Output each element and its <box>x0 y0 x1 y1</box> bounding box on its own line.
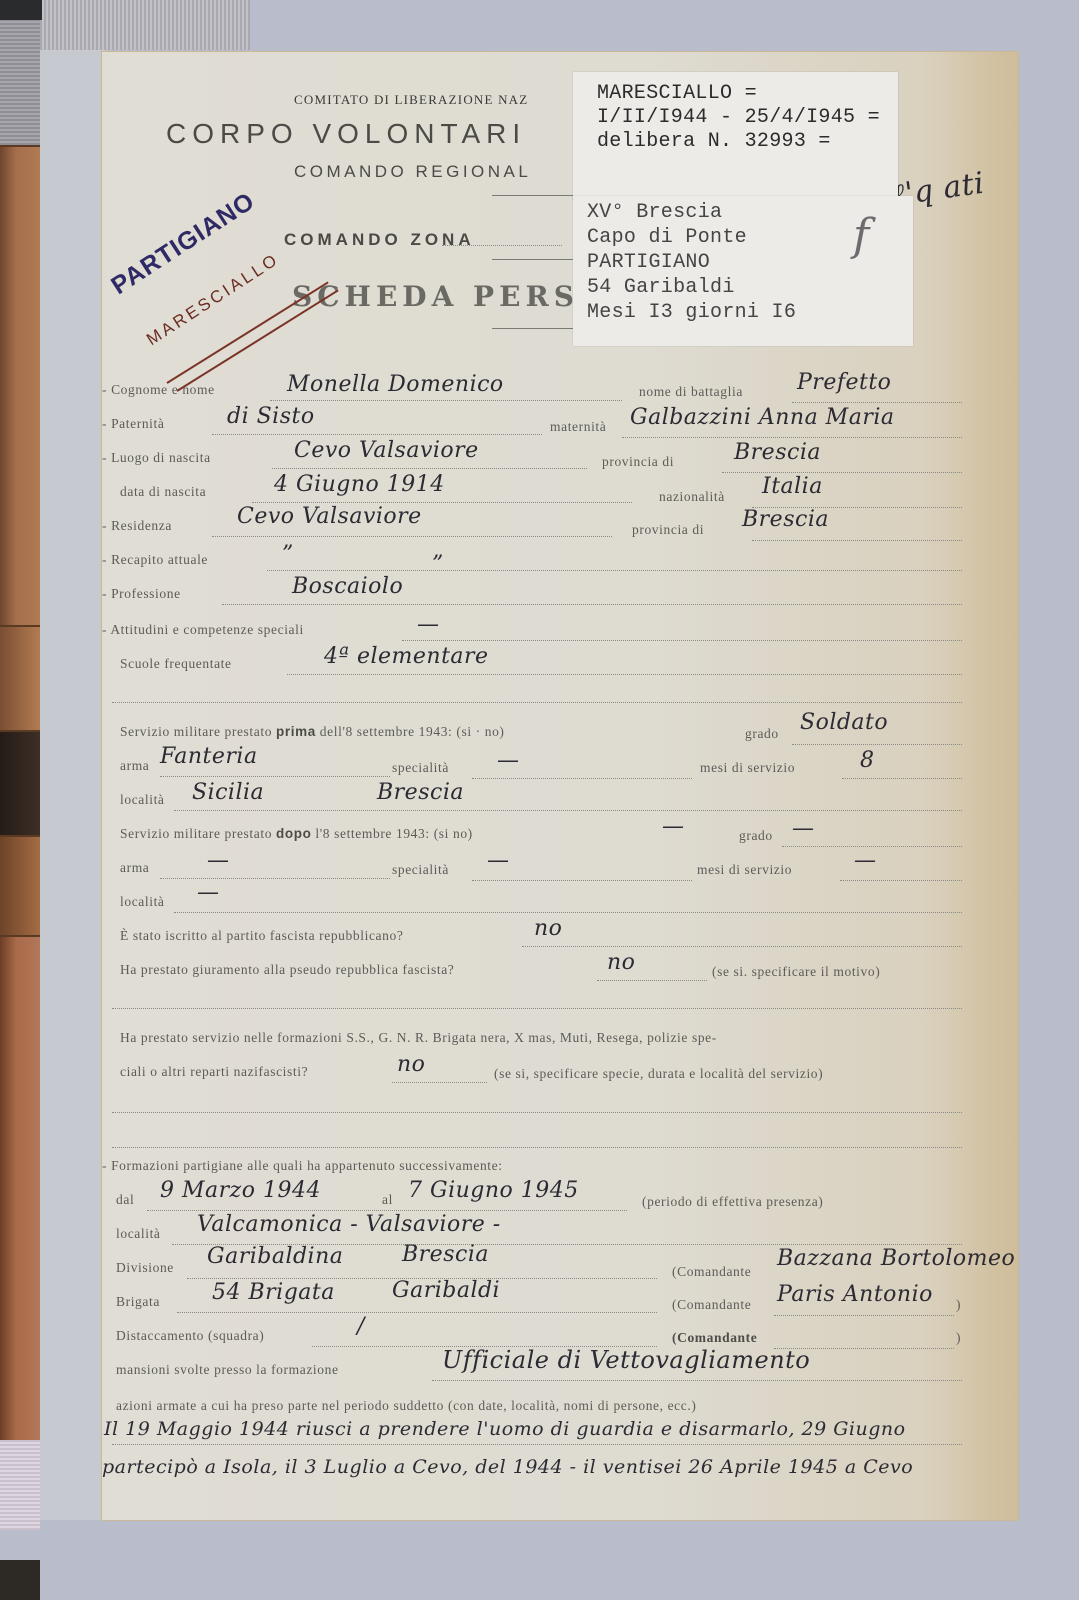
value-attitudini: — <box>417 612 440 637</box>
field-line <box>112 1112 962 1113</box>
label-mesi-dopo: mesi di servizio <box>697 862 792 878</box>
field-line <box>432 1380 962 1381</box>
label-distaccamento: Distaccamento (squadra) <box>116 1328 264 1344</box>
value-arma-prima: Fanteria <box>160 744 258 769</box>
field-line <box>840 880 962 881</box>
value-localita-prima-2: Brescia <box>377 780 464 805</box>
value-provincia-residenza: Brescia <box>742 507 829 532</box>
label-servizio-dopo: Servizio militare prestato dopo l'8 sett… <box>120 826 473 842</box>
binder-spine <box>0 145 40 625</box>
value-mansioni: Ufficiale di Vettovagliamento <box>442 1346 810 1374</box>
header-comando-zona: COMANDO ZONA <box>284 230 475 250</box>
label-comandante-divisione: (Comandante <box>672 1264 751 1280</box>
value-localita-dopo: — <box>197 880 220 905</box>
header-comando-regionale: COMANDO REGIONAL <box>294 162 531 182</box>
note-periodo: (periodo di effettiva presenza) <box>642 1194 823 1210</box>
label-comandante-brigata: (Comandante <box>672 1297 751 1313</box>
label-provincia-nascita: provincia di <box>602 454 674 470</box>
label-mesi-prima: mesi di servizio <box>700 760 795 776</box>
field-line <box>792 744 962 745</box>
value-maternita: Galbazzini Anna Maria <box>630 405 895 430</box>
value-localita-prima: Sicilia <box>192 780 264 805</box>
value-residenza: Cevo Valsaviore <box>237 504 422 529</box>
value-distaccamento: / <box>357 1314 365 1339</box>
value-mesi-prima: 8 <box>860 748 875 773</box>
label-azioni: azioni armate a cui ha preso parte nel p… <box>116 1398 696 1414</box>
field-line <box>522 946 962 947</box>
binder-edge <box>0 1560 40 1600</box>
typed-line: MARESCIALLO = <box>597 82 898 106</box>
label-localita-formazione: località <box>116 1226 161 1242</box>
field-line <box>392 1082 487 1083</box>
label-luogo-nascita: - Luogo di nascita <box>102 450 211 466</box>
binder-spine <box>0 935 40 1440</box>
archival-ribbon-bottom <box>0 1440 40 1530</box>
label-cognome-nome: - Cognome e nome <box>102 382 215 398</box>
question-formazioni-ss-2: ciali o altri reparti nazifascisti? <box>120 1064 308 1080</box>
label-localita-dopo: località <box>120 894 165 910</box>
field-line <box>112 702 962 703</box>
label-specialita-prima: specialità <box>392 760 449 776</box>
field-line <box>147 1210 627 1211</box>
value-comandante-brigata: Paris Antonio <box>777 1282 933 1307</box>
label-formazioni: - Formazioni partigiane alle quali ha ap… <box>102 1158 503 1174</box>
binder-spine <box>0 835 40 935</box>
zona-field <box>442 245 562 246</box>
field-line <box>597 980 707 981</box>
label-al: al <box>382 1192 393 1208</box>
field-line <box>472 880 692 881</box>
field-line <box>222 604 962 605</box>
field-line <box>782 846 962 847</box>
typed-label-brigata: XV° Brescia Capo di Ponte PARTIGIANO 54 … <box>573 196 913 346</box>
field-line <box>212 434 542 435</box>
label-localita-prima: località <box>120 792 165 808</box>
field-line <box>402 640 962 641</box>
header-rule <box>492 195 582 196</box>
field-line <box>160 878 390 879</box>
field-line <box>792 402 962 403</box>
label-arma-prima: arma <box>120 758 149 774</box>
value-al: 7 Giugno 1945 <box>408 1178 579 1203</box>
field-line <box>112 1008 962 1009</box>
label-nazionalita: nazionalità <box>659 489 725 505</box>
value-dal: 9 Marzo 1944 <box>160 1178 321 1203</box>
label-brigata: Brigata <box>116 1294 160 1310</box>
value-divisione-2: Brescia <box>402 1242 489 1267</box>
field-line <box>160 776 390 777</box>
header-rule <box>492 328 582 329</box>
field-line <box>622 437 962 438</box>
field-line <box>112 1444 962 1445</box>
value-data-nascita: 4 Giugno 1914 <box>274 472 445 497</box>
value-divisione: Garibaldina <box>207 1244 343 1269</box>
label-arma-dopo: arma <box>120 860 149 876</box>
label-dal: dal <box>116 1192 134 1208</box>
label-maternita: maternità <box>550 419 606 435</box>
binder-spine <box>0 730 40 835</box>
value-professione: Boscaiolo <box>292 574 403 599</box>
value-scuole: 4ª elementare <box>324 644 489 669</box>
value-specialita-prima: — <box>497 748 520 773</box>
header-comitato: COMITATO DI LIBERAZIONE NAZ <box>294 92 528 108</box>
value-provincia-nascita: Brescia <box>734 440 821 465</box>
field-line <box>472 778 692 779</box>
field-line <box>272 468 587 469</box>
value-recapito: ” <box>282 542 294 567</box>
paren-close: ) <box>956 1297 961 1313</box>
label-servizio-prima: Servizio militare prestato prima dell'8 … <box>120 724 505 740</box>
value-mesi-dopo: — <box>854 848 877 873</box>
typed-line: 54 Garibaldi <box>587 275 913 300</box>
question-giuramento: Ha prestato giuramento alla pseudo repub… <box>120 962 454 978</box>
label-grado-dopo: grado <box>739 828 773 844</box>
field-line <box>722 472 962 473</box>
typed-line: Mesi I3 giorni I6 <box>587 300 913 325</box>
label-paternita: - Paternità <box>102 416 164 432</box>
answer-giuramento: no <box>607 950 635 975</box>
label-provincia-residenza: provincia di <box>632 522 704 538</box>
binder-edge <box>0 0 42 20</box>
note-formazioni-ss: (se si, specificare specie, durata e loc… <box>494 1066 823 1082</box>
note-giuramento: (se si. specificare il motivo) <box>712 964 880 980</box>
field-line <box>774 1315 954 1316</box>
value-luogo-nascita: Cevo Valsaviore <box>294 438 479 463</box>
label-residenza: - Residenza <box>102 518 172 534</box>
typed-line: I/II/I944 - 25/4/I945 = <box>597 106 898 130</box>
typed-line: delibera N. 32993 = <box>597 130 898 154</box>
value-paternita: di Sisto <box>227 404 315 429</box>
field-line <box>112 1147 962 1148</box>
underline-mark <box>166 281 328 383</box>
label-nome-battaglia: nome di battaglia <box>639 384 743 400</box>
label-specialita-dopo: specialità <box>392 862 449 878</box>
label-professione: - Professione <box>102 586 181 602</box>
value-localita-formazione: Valcamonica - Valsaviore - <box>197 1212 501 1237</box>
value-servizio-dopo: — <box>662 814 685 839</box>
value-grado-prima: Soldato <box>800 710 888 735</box>
value-arma-dopo: — <box>207 848 230 873</box>
value-cognome-nome: Monella Domenico <box>287 372 504 397</box>
archival-ribbon-left <box>0 20 40 145</box>
value-brigata: 54 Brigata <box>212 1280 335 1305</box>
field-line <box>177 1312 657 1313</box>
label-grado-prima: grado <box>745 726 779 742</box>
field-line <box>287 674 962 675</box>
label-mansioni: mansioni svolte presso la formazione <box>116 1362 339 1378</box>
binder-spine <box>0 625 40 730</box>
field-line <box>174 810 962 811</box>
answer-partito-fascista: no <box>534 916 562 941</box>
value-grado-dopo: — <box>792 816 815 841</box>
answer-formazioni-ss: no <box>397 1052 425 1077</box>
field-line <box>842 778 962 779</box>
value-brigata-2: Garibaldi <box>392 1278 500 1303</box>
label-scuole: Scuole frequentate <box>120 656 232 672</box>
question-formazioni-ss: Ha prestato servizio nelle formazioni S.… <box>120 1030 717 1046</box>
paren-close: ) <box>956 1330 961 1346</box>
label-divisione: Divisione <box>116 1260 174 1276</box>
field-line <box>252 502 632 503</box>
value-azioni-line-2: partecipò a Isola, il 3 Luglio a Cevo, d… <box>102 1456 913 1478</box>
value-azioni-line-1: Il 19 Maggio 1944 riusci a prendere l'uo… <box>104 1418 906 1440</box>
value-nome-battaglia: Prefetto <box>797 370 891 395</box>
pencil-initial: f <box>853 210 870 261</box>
ditto-mark: ” <box>432 552 444 577</box>
field-line <box>174 912 962 913</box>
value-nazionalita: Italia <box>762 474 823 499</box>
label-attitudini: - Attitudini e competenze speciali <box>102 622 304 638</box>
header-rule <box>492 259 582 260</box>
label-comandante-distaccamento: (Comandante <box>672 1330 757 1346</box>
label-recapito: - Recapito attuale <box>102 552 208 568</box>
label-data-nascita: data di nascita <box>120 484 206 500</box>
typed-label-maresciallo: MARESCIALLO = I/II/I944 - 25/4/I945 = de… <box>573 72 898 200</box>
folder-cover-strip <box>40 50 108 1520</box>
field-line <box>212 536 612 537</box>
field-line <box>752 540 962 541</box>
field-line <box>267 570 962 571</box>
value-comandante-divisione: Bazzana Bortolomeo <box>777 1246 1015 1271</box>
question-partito-fascista: È stato iscritto al partito fascista rep… <box>120 928 403 944</box>
value-specialita-dopo: — <box>487 848 510 873</box>
field-line <box>270 400 622 401</box>
header-corpo-volontari: CORPO VOLONTARI <box>166 118 526 150</box>
